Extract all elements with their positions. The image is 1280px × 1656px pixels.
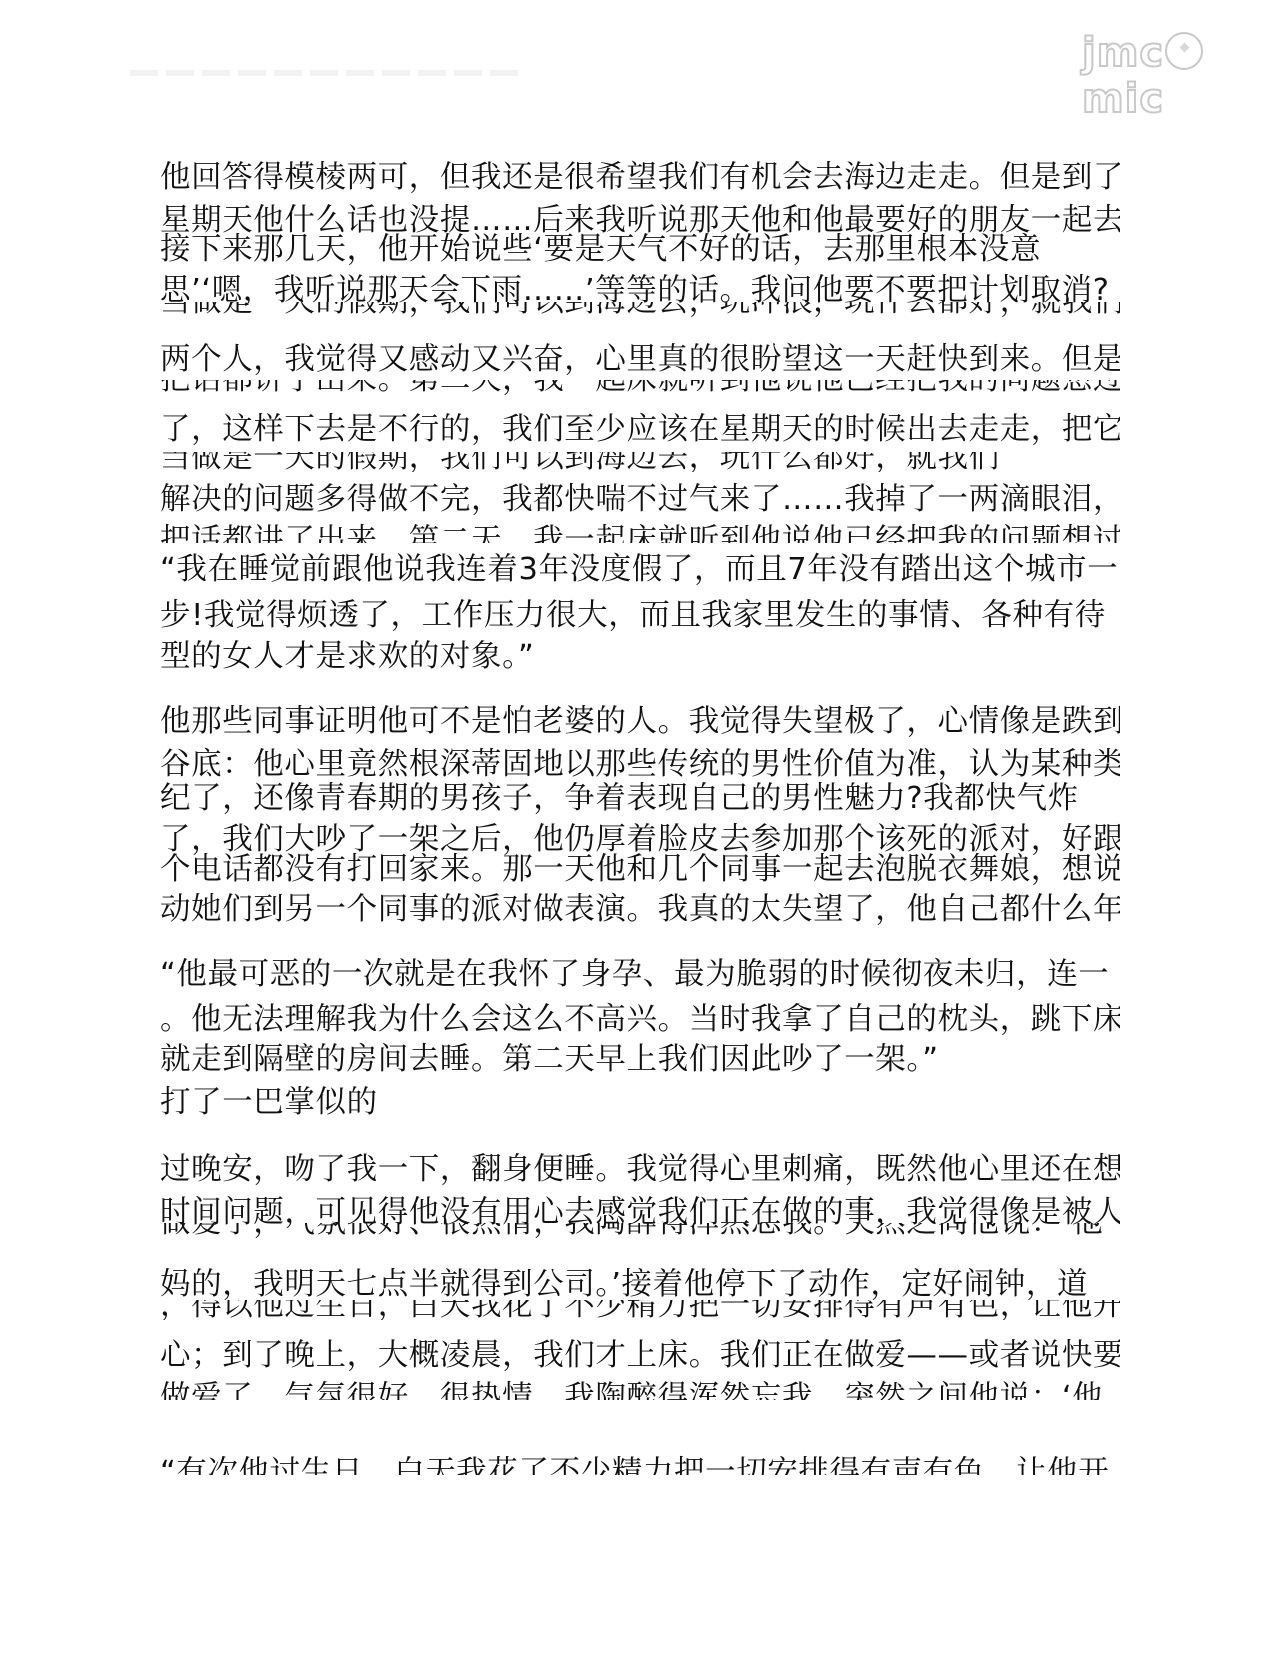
watermark-prefix: jmc xyxy=(1082,30,1164,76)
text-line-content: “我在睡觉前跟他说我连着3年没度假了，而且7年没有踏出这个城市一 xyxy=(160,550,1120,590)
text-line: 当做是一天的假期，我们可以到海边去，玩什么都好，就我们 xyxy=(160,452,1120,472)
text-line: 动她们到另一个同事的派对做表演。我真的太失望了，他自己都什么年 xyxy=(160,890,1120,930)
text-line-content: 步!我觉得烦透了，工作压力很大，而且我家里发生的事情、各种有待 xyxy=(160,596,1120,636)
text-line: 当做是一天的假期，我们可以到海边去，玩冲浪，玩什么都好，就我们 xyxy=(160,302,1120,324)
text-line-content: 过晚安，吻了我一下，翻身便睡。我觉得心里刺痛，既然他心里还在想 xyxy=(160,1150,1120,1190)
text-line: 他那些同事证明他可不是怕老婆的人。我觉得失望极了，心情像是跌到 xyxy=(160,702,1120,742)
text-line-content: 型的女人才是求欢的对象。” xyxy=(160,637,1120,677)
text-line: 接下来那几天，他开始说些‘要是天气不好的话，去那里根本没意 xyxy=(160,230,1120,270)
text-line-content: 做爱了，气氛很好，很热情，我陶醉得浑然忘我，突然之间他说：‘他 xyxy=(160,1378,1120,1400)
text-line: 他回答得模棱两可，但我还是很希望我们有机会去海边走走。但是到了 xyxy=(160,158,1120,198)
watermark-suffix: mic xyxy=(1082,76,1164,122)
text-line: 个电话都没有打回家来。那一天他和几个同事一起去泡脱衣舞娘，想说 xyxy=(160,850,1120,890)
mascot-icon xyxy=(1165,32,1203,70)
text-line: 打了一巴掌似的 xyxy=(160,1083,1120,1123)
text-line: 就走到隔壁的房间去睡。第二天早上我们因此吵了一架。” xyxy=(160,1040,1120,1080)
text-line-content: 做爱了，气氛很好、很热情，我陶醉得浑然忘我。突然之间他说：‘他 xyxy=(160,1223,1120,1243)
text-line-content: 打了一巴掌似的 xyxy=(160,1083,1120,1123)
text-line: 了，这样下去是不行的，我们至少应该在星期天的时候出去走走，把它 xyxy=(160,410,1120,450)
text-line-content: “他最可恶的一次就是在我怀了身孕、最为脆弱的时候彻夜未归，连一 xyxy=(160,955,1120,995)
text-line-content: 把话都讲了出来。第二天，我一起床就听到他说他已经把我的问题想过 xyxy=(160,521,1120,543)
text-line-content: 就走到隔壁的房间去睡。第二天早上我们因此吵了一架。” xyxy=(160,1040,1120,1080)
text-line: 解决的问题多得做不完，我都快喘不过气来了……我掉了一两滴眼泪， xyxy=(160,480,1120,520)
text-line: 过晚安，吻了我一下，翻身便睡。我觉得心里刺痛，既然他心里还在想 xyxy=(160,1150,1120,1190)
text-line-content: 。他无法理解我为什么会这么不高兴。当时我拿了自己的枕头，跳下床 xyxy=(160,1000,1120,1040)
text-line: “我在睡觉前跟他说我连着3年没度假了，而且7年没有踏出这个城市一 xyxy=(160,550,1120,590)
text-line: 做爱了，气氛很好，很热情，我陶醉得浑然忘我，突然之间他说：‘他 xyxy=(160,1378,1120,1400)
faint-header-text xyxy=(130,70,520,76)
text-line-content: 他那些同事证明他可不是怕老婆的人。我觉得失望极了，心情像是跌到 xyxy=(160,702,1120,742)
text-line: 型的女人才是求欢的对象。” xyxy=(160,637,1120,677)
text-line: 把话都讲了出来。第二天，我一起床就听到他说他已经把我的问题想过 xyxy=(160,380,1120,402)
text-line-content: 接下来那几天，他开始说些‘要是天气不好的话，去那里根本没意 xyxy=(160,230,1120,270)
jmcomic-watermark: jmcmic xyxy=(1082,30,1280,122)
text-line-content: 两个人，我觉得又感动又兴奋，心里真的很盼望这一天赶快到来。但是 xyxy=(160,340,1120,380)
text-line: 。他无法理解我为什么会这么不高兴。当时我拿了自己的枕头，跳下床 xyxy=(160,1000,1120,1040)
text-line-content: 把话都讲了出来。第二天，我一起床就听到他说他已经把我的问题想过 xyxy=(160,380,1120,400)
text-line: 做爱了，气氛很好、很热情，我陶醉得浑然忘我。突然之间他说：‘他 xyxy=(160,1223,1120,1245)
text-line-content: 了，这样下去是不行的，我们至少应该在星期天的时候出去走走，把它 xyxy=(160,410,1120,450)
text-line-content: ，得以他过生日，白天我花了不少精力把一切安排得有声有色，让他开 xyxy=(160,1300,1120,1320)
text-line: “有次他过生日，白天我花了不少精力把一切安排得有声有色，让他开 xyxy=(160,1453,1120,1475)
text-line-content: 个电话都没有打回家来。那一天他和几个同事一起去泡脱衣舞娘，想说 xyxy=(160,850,1120,890)
text-line: 心；到了晚上，大概凌晨，我们才上床。我们正在做爱——或者说快要 xyxy=(160,1336,1120,1376)
text-line: 纪了，还像青春期的男孩子，争着表现自己的男性魅力?我都快气炸 xyxy=(160,779,1120,819)
text-line: 把话都讲了出来。第二天，我一起床就听到他说他已经把我的问题想过 xyxy=(160,521,1120,543)
text-line: “他最可恶的一次就是在我怀了身孕、最为脆弱的时候彻夜未归，连一 xyxy=(160,955,1120,995)
text-line: 步!我觉得烦透了，工作压力很大，而且我家里发生的事情、各种有待 xyxy=(160,596,1120,636)
text-line-content: 当做是一天的假期，我们可以到海边去，玩冲浪，玩什么都好，就我们 xyxy=(160,302,1120,322)
text-line-content: 动她们到另一个同事的派对做表演。我真的太失望了，他自己都什么年 xyxy=(160,890,1120,930)
text-line-content: 解决的问题多得做不完，我都快喘不过气来了……我掉了一两滴眼泪， xyxy=(160,480,1120,520)
text-line-content: 他回答得模棱两可，但我还是很希望我们有机会去海边走走。但是到了 xyxy=(160,158,1120,198)
text-line-content: “有次他过生日，白天我花了不少精力把一切安排得有声有色，让他开 xyxy=(160,1453,1120,1475)
text-line-content: 妈的，我明天七点半就得到公司。’接着他停下了动作，定好闹钟，道 xyxy=(160,1265,1120,1305)
text-line: 两个人，我觉得又感动又兴奋，心里真的很盼望这一天赶快到来。但是 xyxy=(160,340,1120,380)
text-line-content: 当做是一天的假期，我们可以到海边去，玩什么都好，就我们 xyxy=(160,452,1120,472)
text-line-content: 纪了，还像青春期的男孩子，争着表现自己的男性魅力?我都快气炸 xyxy=(160,779,1120,819)
text-line: ，得以他过生日，白天我花了不少精力把一切安排得有声有色，让他开 xyxy=(160,1300,1120,1320)
text-line: 妈的，我明天七点半就得到公司。’接着他停下了动作，定好闹钟，道 xyxy=(160,1265,1120,1305)
text-line-content: 心；到了晚上，大概凌晨，我们才上床。我们正在做爱——或者说快要 xyxy=(160,1336,1120,1376)
